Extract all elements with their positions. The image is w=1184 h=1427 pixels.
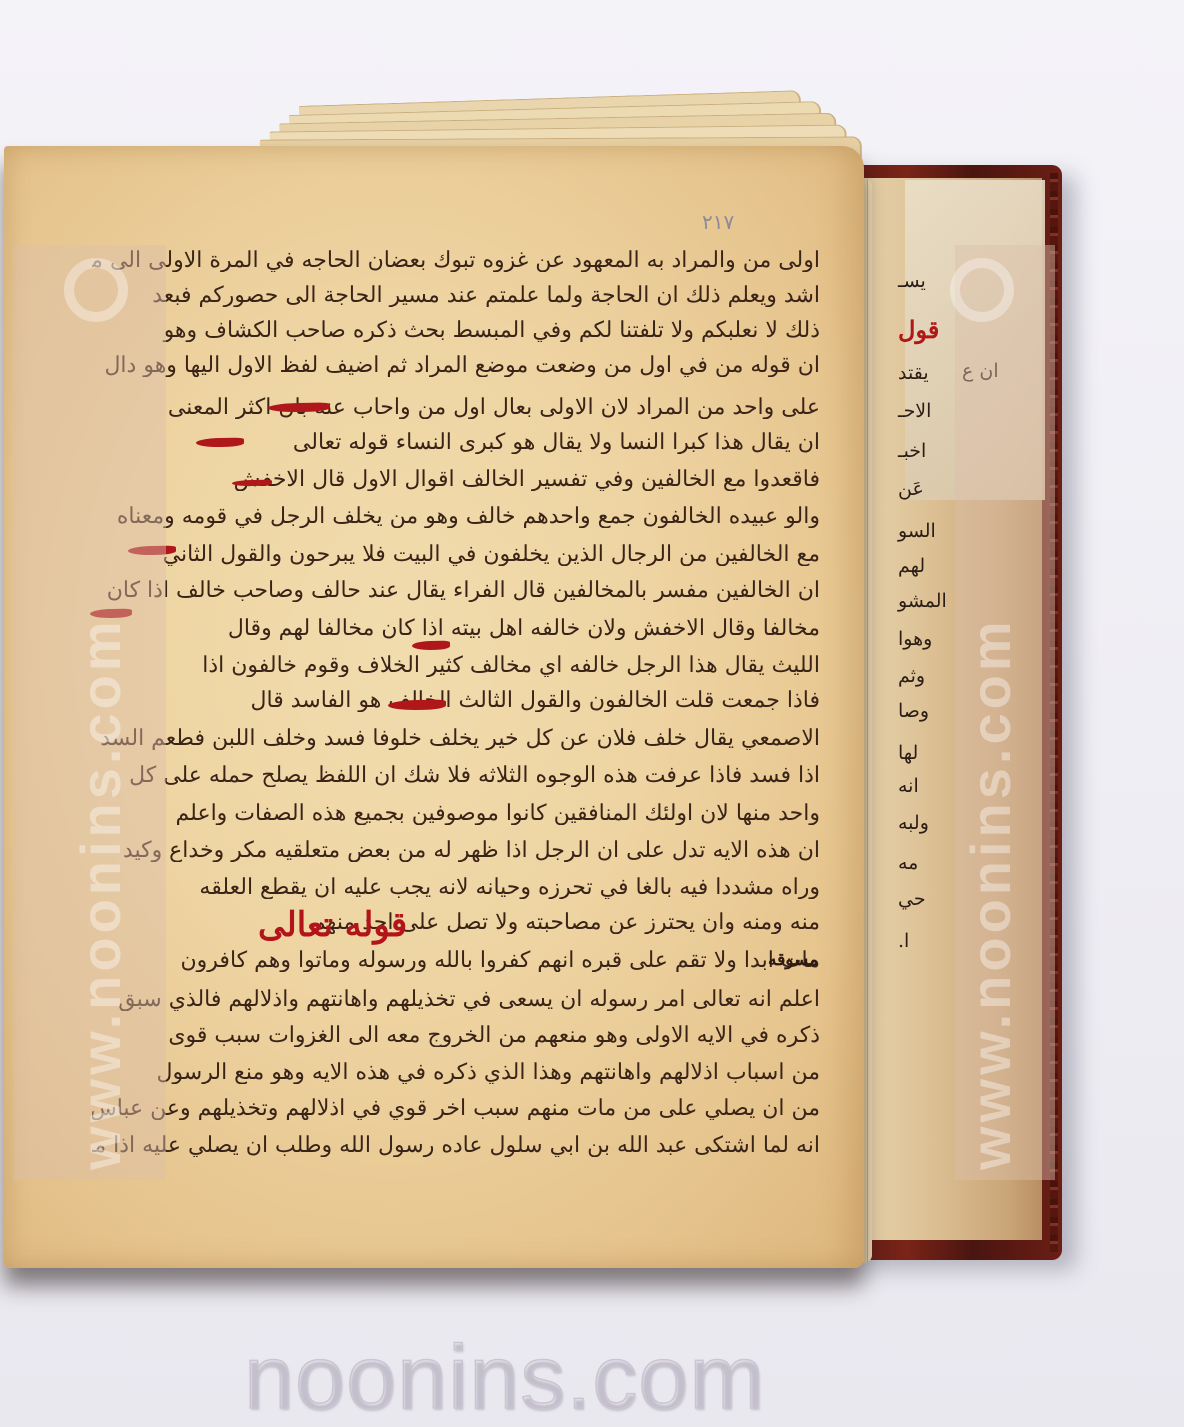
manuscript-line: اولى من والمراد به المعهود عن غزوه تبوك … bbox=[92, 250, 820, 272]
manuscript-line: وراه مشددا فيه بالغا في تحرزه وحيانه لان… bbox=[92, 877, 820, 899]
manuscript-line: انه لما اشتكى عبد الله بن ابي سلول عاده … bbox=[92, 1135, 820, 1157]
margin-note: مسوقه bbox=[768, 950, 818, 970]
manuscript-line: ان الخالفين مفسر بالمخالفين قال الفراء ي… bbox=[92, 580, 820, 602]
manuscript-line: مات ابدا ولا تقم على قبره انهم كفروا بال… bbox=[92, 950, 820, 972]
manuscript-line: ذلك لا نعلبكم ولا تلفتنا لكم وفي المبسط … bbox=[92, 320, 820, 342]
manuscript-line: الاصمعي يقال خلف فلان عن كل خير يخلف خلو… bbox=[92, 728, 820, 750]
manuscript-line: ان هذه الايه تدل على ان الرجل اذا ظهر له… bbox=[92, 840, 820, 862]
manuscript-line: اشد ويعلم ذلك ان الحاجة ولما علمتم عند م… bbox=[92, 285, 820, 307]
watermark-right: www.noonins.com bbox=[958, 330, 1023, 1170]
manuscript-line: فاذا جمعت قلت الخالفون والقول الثالث الخ… bbox=[92, 690, 820, 712]
manuscript-line: الليث يقال هذا الرجل خالفه اي مخالف كثير… bbox=[92, 655, 820, 677]
manuscript-line: مخالفا وقال الاخفش ولان خالفه اهل بيته ا… bbox=[92, 618, 820, 640]
manuscript-line: مع الخالفين من الرجال الذين يخلفون في ال… bbox=[92, 544, 820, 566]
manuscript-line: والو عبيده الخالفون جمع واحدهم خالف وهو … bbox=[92, 506, 820, 528]
manuscript-line: ان قوله من في اول من وضعت موضع المراد ثم… bbox=[92, 355, 820, 377]
copyright-icon bbox=[64, 258, 128, 322]
manuscript-line: من اسباب اذلالهم واهانتهم وهذا الذي ذكره… bbox=[92, 1062, 820, 1084]
manuscript-line: على واحد من المراد لان الاولى بعال اول م… bbox=[92, 397, 820, 419]
manuscript-line: من ان يصلي على من مات منهم سبب اخر قوي ف… bbox=[92, 1098, 820, 1120]
rubric-mark bbox=[412, 641, 450, 651]
manuscript-line: اعلم انه تعالى امر رسوله ان يسعى في تخذي… bbox=[92, 989, 820, 1011]
watermark-bottom: noonins.com bbox=[244, 1327, 765, 1427]
manuscript-line: واحد منها لان اولئك المنافقين كانوا موصو… bbox=[92, 803, 820, 825]
rubric-heading: قوله تعالى bbox=[258, 905, 407, 945]
watermark-left: www.noonins.com bbox=[68, 330, 133, 1170]
copyright-icon bbox=[950, 258, 1014, 322]
manuscript-line: فاقعدوا مع الخالفين وفي تفسير الخالف اقو… bbox=[92, 469, 820, 491]
manuscript-line: اذا فسد فاذا عرفت هذه الوجوه الثلاثه فلا… bbox=[92, 765, 820, 787]
manuscript-line: ذكره في الايه الاولى وهو منعهم من الخروج… bbox=[92, 1025, 820, 1047]
